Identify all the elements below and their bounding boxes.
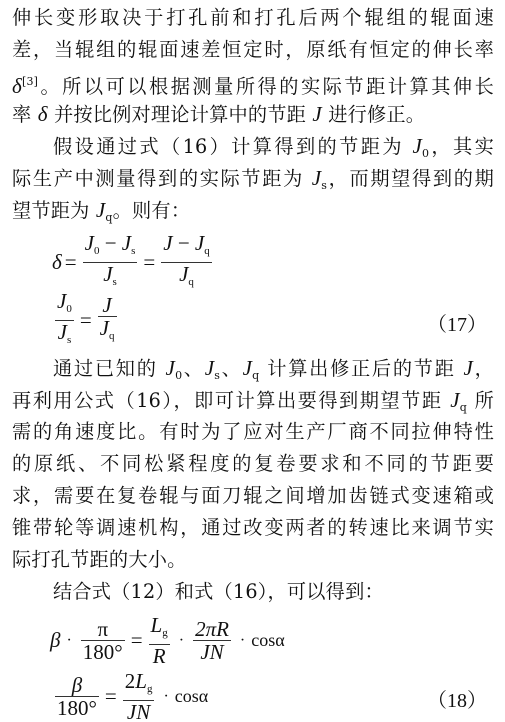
text-segment: 所 [475, 389, 494, 412]
math-symbol: 180° [81, 641, 125, 663]
math-symbol: JN [200, 640, 223, 664]
subscript: s [131, 245, 135, 257]
math-symbol: J [96, 198, 106, 222]
subscript: q [105, 211, 112, 224]
subscript: q [109, 330, 115, 342]
equation-number: （18） [427, 684, 487, 713]
text-line: 再利用公式（16），即可计算出要得到期望节距 Jq 所 [12, 388, 494, 420]
fraction: 2Lg JN [123, 670, 155, 722]
math-symbol: J [243, 356, 253, 380]
text-segment: 际生产中测量得到的实际节距为 [12, 167, 304, 190]
text-segment: 并按比例对理论计算中的节距 [54, 103, 306, 126]
math-symbol: 2πR [195, 617, 229, 641]
text-segment: ， [473, 357, 494, 380]
text-line: 需的角速度比。有时为了应对生产厂商不同拉伸特性 [12, 420, 494, 444]
equation-17: J0 Js = J Jq [52, 290, 120, 351]
text-segment: 率 [12, 103, 31, 126]
text-line: 求，需要在复卷辊与面刀辊之间增加齿链式变速箱或 [12, 484, 494, 508]
text-line: δ[3]。所以可以根据测量所得的实际节距计算其伸长 [12, 70, 494, 99]
text-segment: ，而期望得到的期 [327, 167, 494, 190]
text-segment: 望节距为 [12, 199, 90, 222]
math-symbol: δ [12, 74, 22, 98]
math-symbol: J [103, 262, 112, 286]
math-symbol: R [153, 644, 166, 668]
text-line: 差，当辊组的辊面速差恒定时，原纸有恒定的伸长率 [12, 38, 494, 62]
fraction: β 180° [55, 674, 99, 719]
text-line: 际生产中测量得到的实际节距为 Js，而期望得到的期 [12, 166, 494, 198]
text-line: 际打孔节距的大小。 [12, 548, 494, 572]
fraction: J Jq [98, 294, 117, 347]
equation-18: β 180° = 2Lg JN · cosα [52, 670, 208, 722]
equals-sign: = [105, 684, 117, 709]
math-symbol: δ [38, 102, 48, 126]
math-symbol: cosα [251, 630, 284, 651]
equals-sign: = [143, 250, 155, 275]
math-symbol: J [179, 262, 188, 286]
text-line: 率 δ 并按比例对理论计算中的节距 J 进行修正。 [12, 102, 494, 127]
fraction: 2πR JN [193, 618, 231, 663]
fraction: J0 Js [55, 290, 74, 351]
dot-operator: · [179, 632, 184, 650]
subscript: g [162, 627, 168, 639]
text-line: 伸长变形取决于打孔前和打孔后两个辊组的辊面速 [12, 6, 494, 30]
equation-number: （17） [427, 308, 487, 337]
equals-sign: = [80, 308, 92, 333]
math-symbol: J [102, 293, 111, 317]
math-symbol: J [122, 231, 131, 255]
math-symbol: J [57, 289, 66, 313]
dot-operator: · [163, 688, 168, 706]
math-symbol: L [151, 613, 163, 637]
text-line: 结合式（12）和式（16），可以得到： [53, 580, 494, 604]
text-segment: 。则有： [113, 199, 191, 222]
text-line: 的原纸、不同松紧程度的复卷要求和不同的节距要 [12, 452, 494, 476]
math-symbol: J [312, 166, 322, 190]
subscript: s [113, 276, 117, 288]
text-segment: 通过已知的 [53, 357, 158, 380]
math-symbol: δ [52, 250, 62, 275]
text-segment: 、 [220, 357, 242, 380]
math-symbol: J [450, 388, 460, 412]
subscript: s [67, 334, 71, 346]
text-segment: 计算出修正后的节距 [267, 357, 455, 380]
math-symbol: J [205, 356, 215, 380]
equation-delta: δ = J0 − Js Js = J − Jq Jq [52, 232, 215, 293]
citation-ref[interactable]: [3] [22, 75, 38, 88]
equals-sign: = [65, 250, 77, 275]
math-symbol: β [72, 673, 82, 697]
math-symbol: J [58, 320, 67, 344]
text-segment: 假设通过式（16）计算得到的节距为 [53, 135, 404, 158]
math-symbol: J [412, 134, 422, 158]
math-symbol: π [95, 618, 110, 640]
math-symbol: β [50, 628, 60, 653]
math-symbol: 2 [125, 669, 136, 693]
math-symbol: J [464, 356, 474, 380]
text-segment: 、 [182, 357, 204, 380]
subscript: g [147, 683, 153, 695]
text-segment: 再利用公式（16），即可计算出要得到期望节距 [12, 389, 443, 412]
subscript: 0 [66, 303, 72, 315]
text-segment: 进行修正。 [328, 103, 425, 126]
dot-operator: · [66, 632, 71, 650]
equation-beta: β · π 180° = Lg R · 2πR JN · cosα [50, 614, 285, 667]
fraction: π 180° [81, 618, 125, 663]
subscript: q [460, 401, 467, 414]
fraction: J − Jq Jq [161, 232, 212, 293]
minus-sign: − [178, 231, 190, 255]
subscript: q [252, 369, 259, 382]
math-symbol: 180° [55, 697, 99, 719]
text-segment: 。所以可以根据测量所得的实际节距计算其伸长 [38, 75, 494, 98]
subscript: q [204, 245, 210, 257]
text-line: 望节距为 Jq。则有： [12, 198, 494, 230]
math-symbol: J [163, 231, 172, 255]
math-symbol: J [312, 102, 322, 126]
text-line: 锥带轮等调速机构，通过改变两者的转速比来调节实 [12, 516, 494, 540]
text-segment: ，其实 [429, 135, 494, 158]
dot-operator: · [240, 632, 245, 650]
subscript: q [188, 276, 194, 288]
math-symbol: cosα [175, 686, 208, 707]
math-symbol: J [166, 356, 176, 380]
math-symbol: J [100, 316, 109, 340]
fraction: J0 − Js Js [83, 232, 138, 293]
equals-sign: = [131, 628, 143, 653]
subscript: 0 [94, 245, 100, 257]
math-symbol: L [135, 669, 147, 693]
math-symbol: J [85, 231, 94, 255]
minus-sign: − [105, 231, 117, 255]
math-symbol: JN [127, 700, 150, 722]
fraction: Lg R [149, 614, 170, 667]
text-line: 假设通过式（16）计算得到的节距为 J0，其实 [53, 134, 494, 166]
math-symbol: J [195, 231, 204, 255]
text-line: 通过已知的 J0、Js、Jq 计算出修正后的节距 J， [53, 356, 494, 388]
